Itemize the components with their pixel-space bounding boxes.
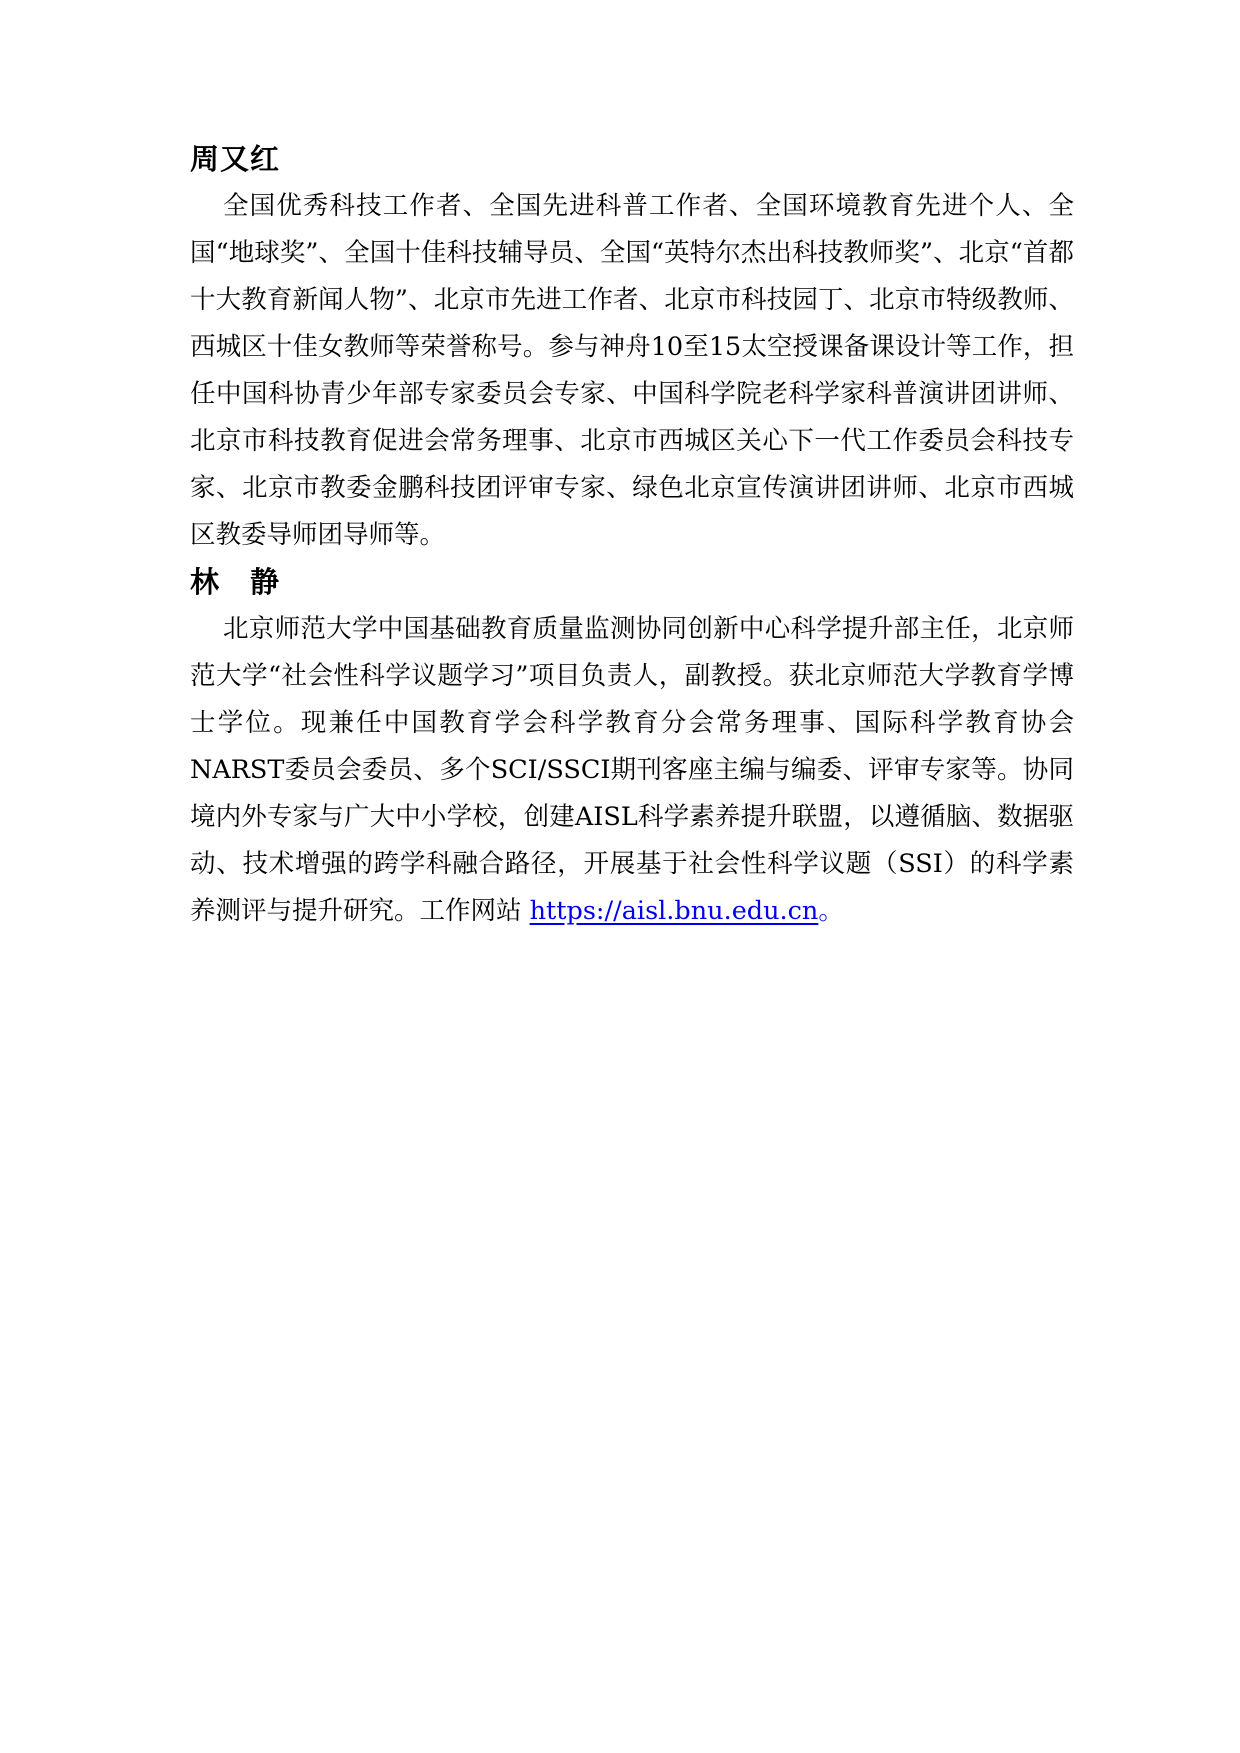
bio-text-lin-jing: 北京师范大学中国基础教育质量监测协同创新中心科学提升部主任，北京师范大学“社会性… xyxy=(190,614,1074,926)
bio-paragraph-zhou-youhong: 全国优秀科技工作者、全国先进科普工作者、全国环境教育先进个人、全国“地球奖”、全… xyxy=(190,183,1074,559)
sentence-end-punctuation: 。 xyxy=(818,896,844,926)
section-heading-lin-jing: 林 静 xyxy=(190,559,1074,606)
bio-paragraph-lin-jing: 北京师范大学中国基础教育质量监测协同创新中心科学提升部主任，北京师范大学“社会性… xyxy=(190,606,1074,935)
aisl-website-link[interactable]: https://aisl.bnu.edu.cn xyxy=(530,896,819,926)
section-heading-zhou-youhong: 周又红 xyxy=(190,136,1074,183)
document-page: 周又红 全国优秀科技工作者、全国先进科普工作者、全国环境教育先进个人、全国“地球… xyxy=(0,0,1240,1753)
